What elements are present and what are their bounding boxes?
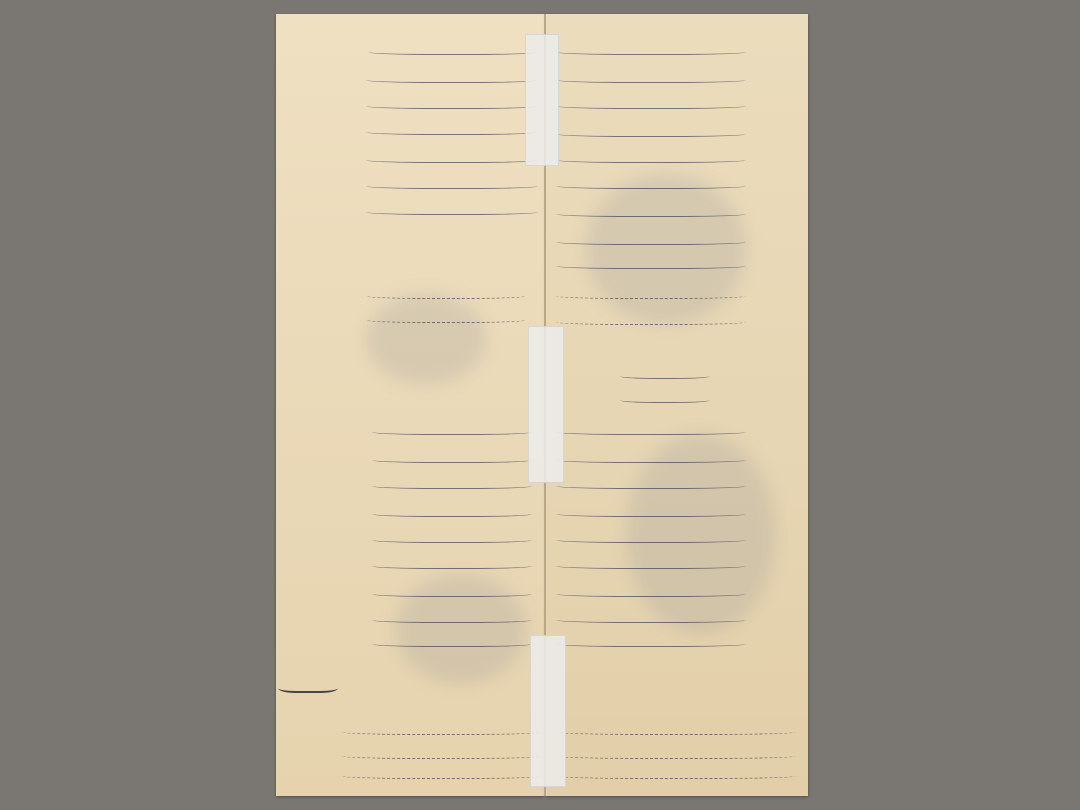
photo-background bbox=[0, 0, 1080, 810]
tape-strip-top bbox=[525, 34, 559, 166]
tape-strip-middle bbox=[528, 326, 564, 483]
margin-signature-mark bbox=[278, 677, 338, 693]
tape-strip-bottom bbox=[530, 635, 566, 787]
